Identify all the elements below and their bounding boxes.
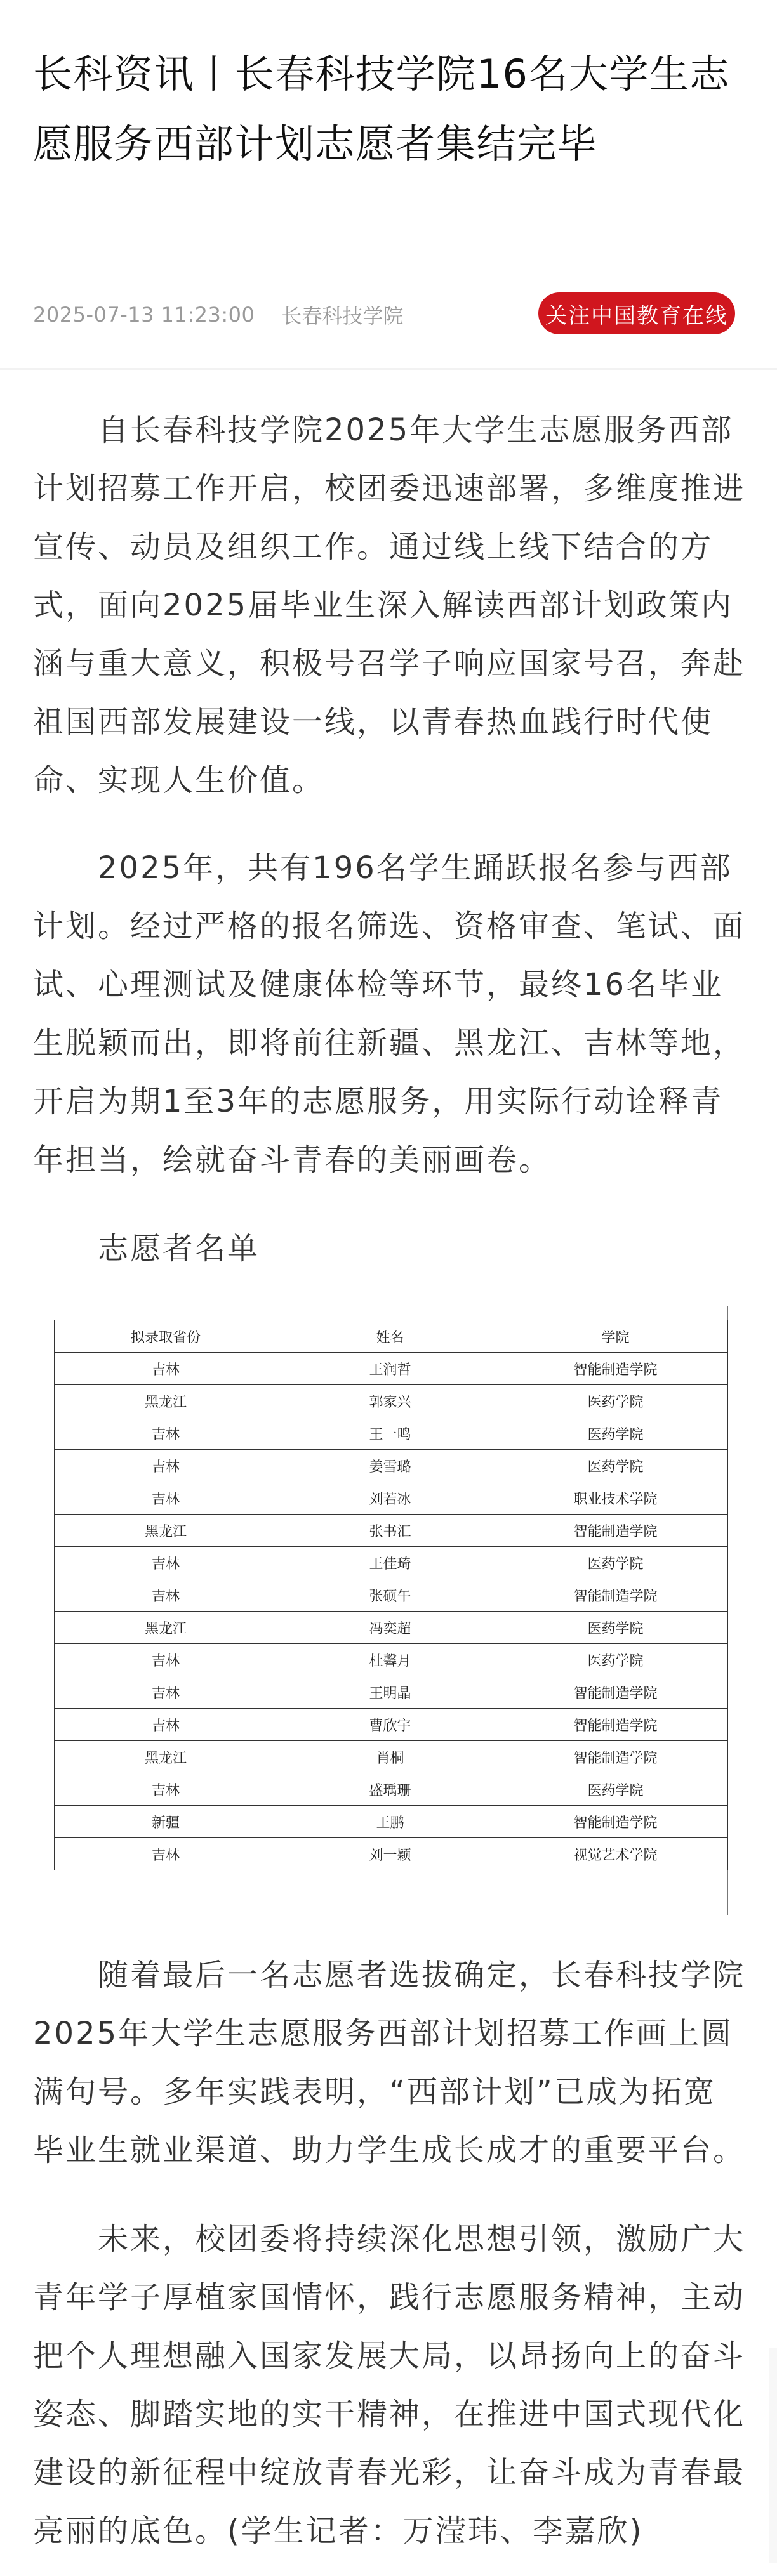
cell-province: 吉林	[55, 1709, 277, 1741]
cell-province: 新疆	[55, 1806, 277, 1838]
paragraph-2: 2025年，共有196名学生踊跃报名参与西部计划。经过严格的报名筛选、资格审查、…	[33, 839, 748, 1189]
volunteer-list-heading: 志愿者名单	[33, 1219, 260, 1278]
table-row: 吉林张硕午智能制造学院	[55, 1579, 728, 1612]
cell-college: 智能制造学院	[503, 1579, 728, 1612]
header-name: 姓名	[277, 1320, 503, 1353]
volunteer-table-image: 拟录取省份 姓名 学院 吉林王润哲智能制造学院黑龙江郭家兴医药学院吉林王一鸣医药…	[54, 1320, 728, 1870]
cell-college: 职业技术学院	[503, 1482, 728, 1515]
cell-name: 肖桐	[277, 1741, 503, 1773]
cell-college: 视觉艺术学院	[503, 1838, 728, 1870]
cell-name: 刘一颖	[277, 1838, 503, 1870]
table-row: 吉林刘一颖视觉艺术学院	[55, 1838, 728, 1870]
cell-college: 医药学院	[503, 1644, 728, 1676]
follow-button[interactable]: 关注中国教育在线	[538, 292, 735, 334]
cell-province: 吉林	[55, 1547, 277, 1579]
cell-province: 黑龙江	[55, 1741, 277, 1773]
table-header-row: 拟录取省份 姓名 学院	[55, 1320, 728, 1353]
cell-name: 张书汇	[277, 1515, 503, 1547]
cell-province: 吉林	[55, 1450, 277, 1482]
cell-name: 王鹏	[277, 1806, 503, 1838]
cell-name: 张硕午	[277, 1579, 503, 1612]
cell-province: 吉林	[55, 1482, 277, 1515]
cell-province: 吉林	[55, 1353, 277, 1385]
table-row: 吉林王一鸣医药学院	[55, 1417, 728, 1450]
table-row: 吉林刘若冰职业技术学院	[55, 1482, 728, 1515]
cell-name: 王佳琦	[277, 1547, 503, 1579]
table-row: 吉林曹欣宇智能制造学院	[55, 1709, 728, 1741]
cell-name: 王润哲	[277, 1353, 503, 1385]
cell-province: 吉林	[55, 1579, 277, 1612]
cell-name: 杜馨月	[277, 1644, 503, 1676]
cell-college: 智能制造学院	[503, 1741, 728, 1773]
cell-college: 医药学院	[503, 1417, 728, 1450]
cell-college: 医药学院	[503, 1547, 728, 1579]
cell-name: 王明晶	[277, 1676, 503, 1709]
table-row: 吉林王明晶智能制造学院	[55, 1676, 728, 1709]
cell-college: 智能制造学院	[503, 1676, 728, 1709]
cell-name: 郭家兴	[277, 1385, 503, 1417]
table-row: 黑龙江肖桐智能制造学院	[55, 1741, 728, 1773]
table-row: 吉林王佳琦医药学院	[55, 1547, 728, 1579]
cell-college: 医药学院	[503, 1612, 728, 1644]
header-college: 学院	[503, 1320, 728, 1353]
cell-province: 吉林	[55, 1773, 277, 1806]
header-province: 拟录取省份	[55, 1320, 277, 1353]
source-link[interactable]: 长春科技学院	[281, 300, 403, 329]
table-row: 新疆王鹏智能制造学院	[55, 1806, 728, 1838]
header-divider	[0, 368, 777, 370]
cell-province: 吉林	[55, 1676, 277, 1709]
cell-province: 黑龙江	[55, 1385, 277, 1417]
paragraph-1: 自长春科技学院2025年大学生志愿服务西部计划招募工作开启，校团委迅速部署，多维…	[33, 401, 748, 810]
paragraph-3: 随着最后一名志愿者选拔确定，长春科技学院2025年大学生志愿服务西部计划招募工作…	[33, 1946, 748, 2179]
cell-college: 医药学院	[503, 1385, 728, 1417]
table-row: 吉林盛瑀珊医药学院	[55, 1773, 728, 1806]
table-row: 吉林姜雪璐医药学院	[55, 1450, 728, 1482]
floating-edge	[769, 2348, 777, 2563]
cell-province: 吉林	[55, 1644, 277, 1676]
cell-province: 黑龙江	[55, 1515, 277, 1547]
cell-name: 曹欣宇	[277, 1709, 503, 1741]
publish-date: 2025-07-13 11:23:00	[33, 303, 255, 327]
cell-province: 吉林	[55, 1838, 277, 1870]
cell-name: 王一鸣	[277, 1417, 503, 1450]
table-row: 吉林杜馨月医药学院	[55, 1644, 728, 1676]
paragraph-4: 未来，校团委将持续深化思想引领，激励广大青年学子厚植家国情怀，践行志愿服务精神，…	[33, 2210, 748, 2560]
cell-name: 盛瑀珊	[277, 1773, 503, 1806]
cell-name: 刘若冰	[277, 1482, 503, 1515]
cell-college: 智能制造学院	[503, 1515, 728, 1547]
cell-college: 智能制造学院	[503, 1709, 728, 1741]
article-title: 长科资讯丨长春科技学院16名大学生志愿服务西部计划志愿者集结完毕	[33, 39, 750, 179]
table-row: 吉林王润哲智能制造学院	[55, 1353, 728, 1385]
cell-name: 冯奕超	[277, 1612, 503, 1644]
cell-name: 姜雪璐	[277, 1450, 503, 1482]
cell-province: 黑龙江	[55, 1612, 277, 1644]
volunteer-table: 拟录取省份 姓名 学院 吉林王润哲智能制造学院黑龙江郭家兴医药学院吉林王一鸣医药…	[54, 1320, 728, 1870]
cell-college: 智能制造学院	[503, 1353, 728, 1385]
table-row: 黑龙江郭家兴医药学院	[55, 1385, 728, 1417]
cell-province: 吉林	[55, 1417, 277, 1450]
cell-college: 医药学院	[503, 1450, 728, 1482]
table-row: 黑龙江冯奕超医药学院	[55, 1612, 728, 1644]
table-row: 黑龙江张书汇智能制造学院	[55, 1515, 728, 1547]
cell-college: 医药学院	[503, 1773, 728, 1806]
cell-college: 智能制造学院	[503, 1806, 728, 1838]
